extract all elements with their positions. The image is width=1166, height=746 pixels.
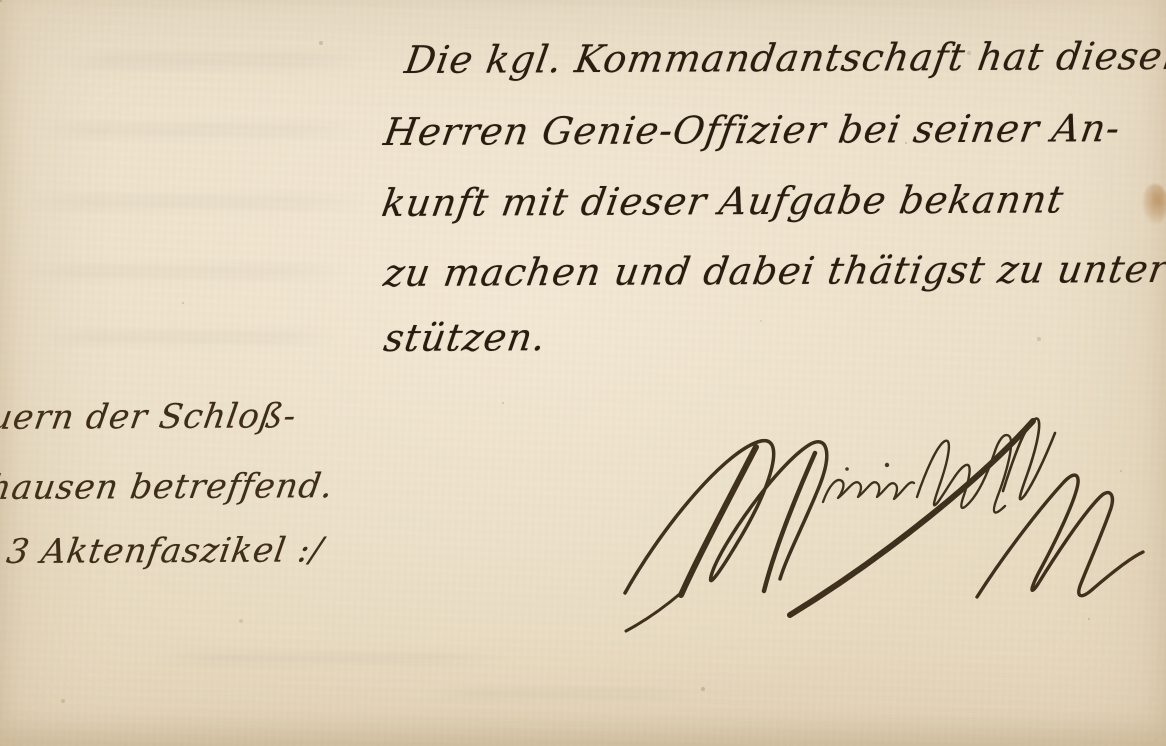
margin-line-2: hausen betreffend. — [0, 466, 336, 508]
bleed-through-ghost — [23, 194, 371, 210]
bleed-through-ghost — [429, 688, 691, 699]
body-line-5: stützen. — [381, 315, 549, 360]
body-line-4: zu machen und dabei thätigst zu unter- — [381, 247, 1166, 295]
body-line-2: Herren Genie-Offizier bei seiner An- — [381, 106, 1124, 154]
bleed-through-ghost — [53, 52, 367, 69]
bleed-through-ghost — [37, 330, 340, 344]
body-line-1: Die kgl. Kommandantschaft hat diesen — [402, 34, 1166, 82]
paper-speckles — [0, 0, 2, 2]
bleed-through-ghost — [149, 652, 512, 665]
ink-stain — [1142, 184, 1166, 224]
signature-flourish — [585, 405, 1145, 637]
margin-line-1: auern der Schloß- — [0, 396, 299, 438]
bleed-through-ghost — [16, 264, 354, 279]
bleed-through-ghost — [33, 122, 366, 138]
margin-line-3: 3 Aktenfaszikel :/ — [4, 530, 326, 572]
body-line-3: kunft mit dieser Aufgabe bekannt — [379, 177, 1067, 225]
